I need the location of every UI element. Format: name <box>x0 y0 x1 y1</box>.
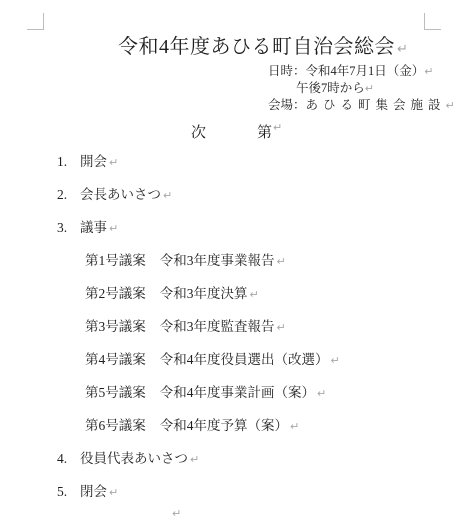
paragraph-return-icon: ↵ <box>273 121 282 134</box>
meeting-venue-label: 会場： <box>268 98 306 112</box>
agenda-item-officer-greeting: 4.役員代表あいさつ↵ <box>44 442 340 475</box>
agenda-item-text: 閉会 <box>80 484 107 499</box>
paragraph-return-icon: ↵ <box>172 507 181 520</box>
proposal-row-3: 第3号議案令和3年度監査報告↵ <box>44 310 340 343</box>
proposal-row-5: 第5号議案令和4年度事業計画（案）↵ <box>44 376 340 409</box>
agenda-item-proceedings: 3.議事↵ <box>44 211 340 244</box>
agenda-item-number: 2. <box>57 178 80 211</box>
proposal-text: 令和3年度監査報告 <box>160 319 275 334</box>
paragraph-return-icon: ↵ <box>424 65 433 78</box>
paragraph-return-icon: ↵ <box>331 354 340 367</box>
paragraph-return-icon: ↵ <box>109 156 118 169</box>
proposal-row-6: 第6号議案令和4年度予算（案）↵ <box>44 409 340 442</box>
agenda-heading-second-char: 第 <box>257 121 272 142</box>
proposal-row-2: 第2号議案令和3年度決算↵ <box>44 277 340 310</box>
agenda-item-text: 議事 <box>80 220 107 235</box>
agenda-item-number: 1. <box>57 145 80 178</box>
proposal-row-1: 第1号議案令和3年度事業報告↵ <box>44 244 340 277</box>
meeting-time-line: 午後7時から↵ <box>268 80 455 97</box>
paragraph-return-icon: ↵ <box>365 82 374 95</box>
agenda-item-closing: 5.閉会↵ <box>44 475 340 508</box>
agenda-item-text: 会長あいさつ <box>80 187 161 202</box>
proposal-label: 第3号議案 <box>85 319 146 334</box>
agenda-item-chairman-greeting: 2.会長あいさつ↵ <box>44 178 340 211</box>
meeting-venue-line: 会場：あひる町集会施設↵ <box>268 97 455 114</box>
proposal-label: 第1号議案 <box>85 253 146 268</box>
meeting-datetime-line: 日時：令和4年7月1日（金）↵ <box>268 63 455 80</box>
paragraph-return-icon: ↵ <box>290 420 299 433</box>
meeting-time-text: 午後7時から <box>296 81 365 95</box>
proposal-text: 令和3年度決算 <box>160 286 248 301</box>
meeting-meta-block: 日時：令和4年7月1日（金）↵ 午後7時から↵ 会場：あひる町集会施設↵ <box>268 63 455 114</box>
proposal-text: 令和4年度事業計画（案） <box>160 385 315 400</box>
agenda-item-number: 5. <box>57 475 80 508</box>
proposal-label: 第5号議案 <box>85 385 146 400</box>
agenda-item-opening: 1.開会↵ <box>44 145 340 178</box>
agenda-item-text: 開会 <box>80 154 107 169</box>
agenda-item-number: 3. <box>57 211 80 244</box>
paragraph-return-icon: ↵ <box>163 189 172 202</box>
proposal-label: 第2号議案 <box>85 286 146 301</box>
meeting-venue-value: あひる町集会施設 <box>306 98 446 112</box>
agenda-list: 1.開会↵ 2.会長あいさつ↵ 3.議事↵ 第1号議案令和3年度事業報告↵ 第2… <box>44 145 340 508</box>
agenda-heading: 次第↵ <box>191 121 282 142</box>
proposal-text: 令和3年度事業報告 <box>160 253 275 268</box>
text-boundary-corner-top-right-icon <box>424 13 441 30</box>
meeting-datetime-text: 日時：令和4年7月1日（金） <box>268 64 424 78</box>
paragraph-return-icon: ↵ <box>317 387 326 400</box>
paragraph-return-icon: ↵ <box>397 42 408 57</box>
document-page[interactable]: 令和4年度あひる町自治会総会↵ 日時：令和4年7月1日（金）↵ 午後7時から↵ … <box>0 0 474 526</box>
agenda-heading-first-char: 次 <box>191 121 206 142</box>
paragraph-return-icon: ↵ <box>277 255 286 268</box>
agenda-item-text: 役員代表あいさつ <box>80 451 188 466</box>
paragraph-return-icon: ↵ <box>109 486 118 499</box>
proposal-text: 令和4年度予算（案） <box>160 418 288 433</box>
proposal-label: 第6号議案 <box>85 418 146 433</box>
paragraph-return-icon: ↵ <box>109 222 118 235</box>
document-title-text: 令和4年度あひる町自治会総会 <box>118 36 395 58</box>
paragraph-return-icon: ↵ <box>277 321 286 334</box>
proposal-text: 令和4年度役員選出（改選） <box>160 352 329 367</box>
agenda-item-number: 4. <box>57 442 80 475</box>
document-title: 令和4年度あひる町自治会総会↵ <box>118 30 408 59</box>
paragraph-return-icon: ↵ <box>250 288 259 301</box>
proposal-row-4: 第4号議案令和4年度役員選出（改選）↵ <box>44 343 340 376</box>
paragraph-return-icon: ↵ <box>446 99 455 112</box>
paragraph-return-icon: ↵ <box>190 453 199 466</box>
text-boundary-corner-top-left-icon <box>27 13 44 30</box>
proposal-label: 第4号議案 <box>85 352 146 367</box>
